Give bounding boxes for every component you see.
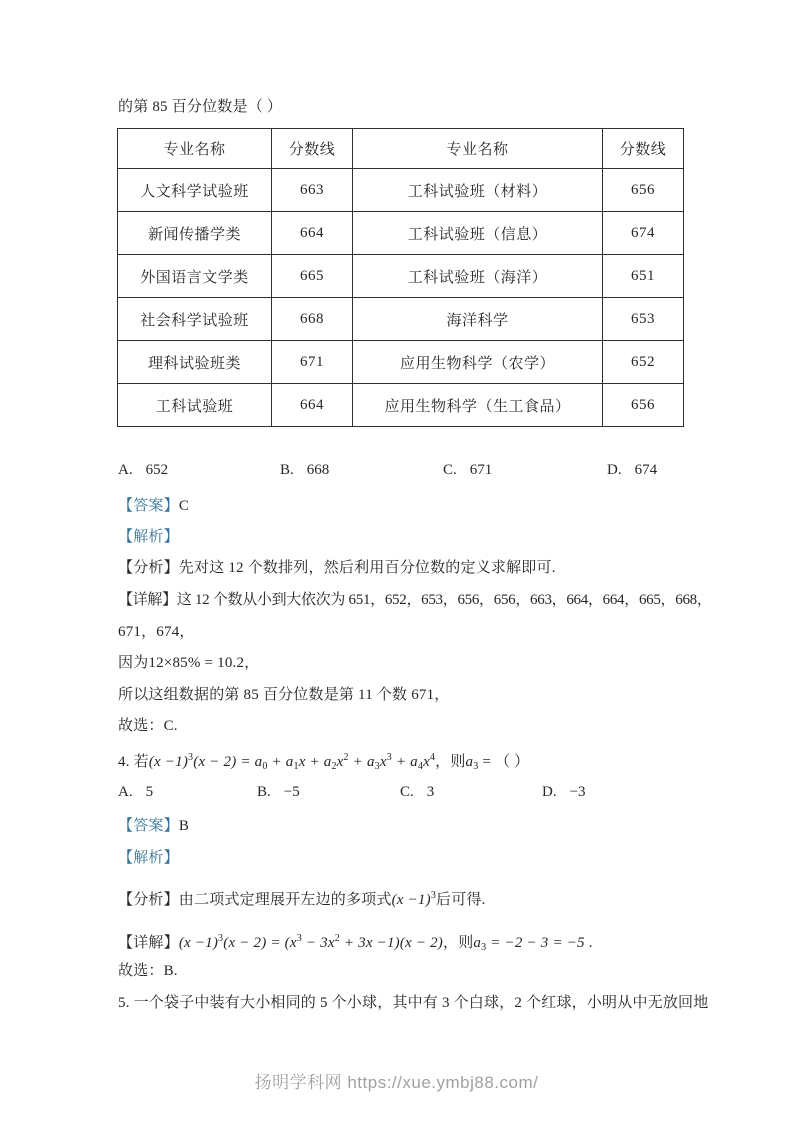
option-value: 3 — [427, 784, 435, 800]
q3-suoyi-line: 所以这组数据的第 85 百分位数是第 11 个数 671， — [118, 685, 450, 706]
score-cell: 665 — [272, 255, 353, 298]
major-name-cell: 社会科学试验班 — [118, 298, 272, 341]
table-header-cell: 分数线 — [272, 129, 353, 169]
q3-option-a: A.652 — [118, 462, 168, 479]
score-cell: 664 — [272, 212, 353, 255]
major-name-cell: 理科试验班类 — [118, 341, 272, 384]
major-name-cell: 外国语言文学类 — [118, 255, 272, 298]
jiexi-label: 【解析】 — [118, 850, 179, 866]
table-row: 新闻传播学类 664 工科试验班（信息） 674 — [118, 212, 684, 255]
question3-intro-text: 的第 85 百分位数是（ ） — [118, 97, 282, 118]
table-row: 人文科学试验班 663 工科试验班（材料） 656 — [118, 169, 684, 212]
score-cell: 668 — [272, 298, 353, 341]
site-watermark-text: 扬明学科网 https://xue.ymbj88.com/ — [0, 1068, 793, 1093]
option-value: 5 — [146, 784, 154, 800]
major-name-cell: 应用生物科学（生工食品） — [353, 384, 603, 427]
option-value: 674 — [635, 462, 658, 478]
score-cell: 656 — [603, 169, 684, 212]
q4-fenxi-text: 【分析】由二项式定理展开左边的多项式(x −1)3后可得. — [118, 885, 486, 911]
major-name-cell: 人文科学试验班 — [118, 169, 272, 212]
option-label: A. — [118, 462, 133, 478]
major-name-cell: 应用生物科学（农学） — [353, 341, 603, 384]
admission-scores-table: 专业名称 分数线 专业名称 分数线 人文科学试验班 663 工科试验班（材料） … — [117, 128, 684, 427]
exam-document-page: 的第 85 百分位数是（ ） 专业名称 分数线 专业名称 分数线 人文科学试验班… — [0, 0, 793, 1122]
option-value: −5 — [284, 784, 300, 800]
option-label: A. — [118, 784, 133, 800]
table-row: 社会科学试验班 668 海洋科学 653 — [118, 298, 684, 341]
table-header-row: 专业名称 分数线 专业名称 分数线 — [118, 129, 684, 169]
option-label: D. — [542, 784, 557, 800]
table-header-cell: 专业名称 — [353, 129, 603, 169]
answer-label: 【答案】 — [118, 498, 179, 514]
option-value: 671 — [470, 462, 493, 478]
q3-guxuan-line: 故选：C. — [118, 716, 178, 737]
option-label: C. — [443, 462, 457, 478]
q4-option-d: D.−3 — [542, 784, 586, 801]
q3-jiexi-label: 【解析】 — [118, 527, 179, 548]
option-value: 668 — [307, 462, 330, 478]
major-name-cell: 工科试验班（材料） — [353, 169, 603, 212]
score-cell: 652 — [603, 341, 684, 384]
q4-option-a: A.5 — [118, 784, 153, 801]
score-cell: 664 — [272, 384, 353, 427]
score-cell: 656 — [603, 384, 684, 427]
table-row: 理科试验班类 671 应用生物科学（农学） 652 — [118, 341, 684, 384]
q3-option-d: D.674 — [607, 462, 657, 479]
major-name-cell: 海洋科学 — [353, 298, 603, 341]
option-value: 652 — [146, 462, 169, 478]
answer-value: C — [179, 498, 189, 514]
major-name-cell: 工科试验班 — [118, 384, 272, 427]
table-header-cell: 分数线 — [603, 129, 684, 169]
q3-answer-line: 【答案】C — [118, 496, 189, 517]
option-label: B. — [257, 784, 271, 800]
q4-answer-line: 【答案】B — [118, 816, 189, 837]
major-name-cell: 工科试验班（信息） — [353, 212, 603, 255]
option-value: −3 — [570, 784, 586, 800]
table-row: 工科试验班 664 应用生物科学（生工食品） 656 — [118, 384, 684, 427]
score-cell: 651 — [603, 255, 684, 298]
q4-option-b: B.−5 — [257, 784, 300, 801]
major-name-cell: 新闻传播学类 — [118, 212, 272, 255]
q4-option-c: C.3 — [400, 784, 434, 801]
q3-xiangjie-line2: 671，674， — [118, 622, 195, 643]
answer-value: B — [179, 818, 189, 834]
q3-yinwei-line: 因为12×85% = 10.2， — [118, 653, 259, 674]
score-cell: 653 — [603, 298, 684, 341]
option-label: D. — [607, 462, 622, 478]
table-header-cell: 专业名称 — [118, 129, 272, 169]
q3-xiangjie-line1: 【详解】这 12 个数从小到大依次为 651，652，653，656，656，6… — [118, 590, 712, 611]
q5-stem: 5. 一个袋子中装有大小相同的 5 个小球，其中有 3 个白球，2 个红球，小明… — [118, 993, 708, 1014]
q4-guxuan-line: 故选：B. — [118, 961, 178, 982]
score-cell: 674 — [603, 212, 684, 255]
option-label: C. — [400, 784, 414, 800]
score-cell: 663 — [272, 169, 353, 212]
jiexi-label: 【解析】 — [118, 529, 179, 545]
score-cell: 671 — [272, 341, 353, 384]
q4-xiangjie-text: 【详解】(x −1)3(x − 2) = (x3 − 3x2 + 3x −1)(… — [118, 928, 593, 958]
q3-fenxi-text: 【分析】先对这 12 个数排列，然后利用百分位数的定义求解即可. — [118, 558, 556, 579]
q4-stem: 4. 若(x −1)3(x − 2) = a0 + a1x + a2x2 + a… — [118, 747, 529, 777]
q3-option-c: C.671 — [443, 462, 492, 479]
table-row: 外国语言文学类 665 工科试验班（海洋） 651 — [118, 255, 684, 298]
q3-option-b: B.668 — [280, 462, 329, 479]
answer-label: 【答案】 — [118, 818, 179, 834]
major-name-cell: 工科试验班（海洋） — [353, 255, 603, 298]
option-label: B. — [280, 462, 294, 478]
q4-jiexi-label: 【解析】 — [118, 848, 179, 869]
